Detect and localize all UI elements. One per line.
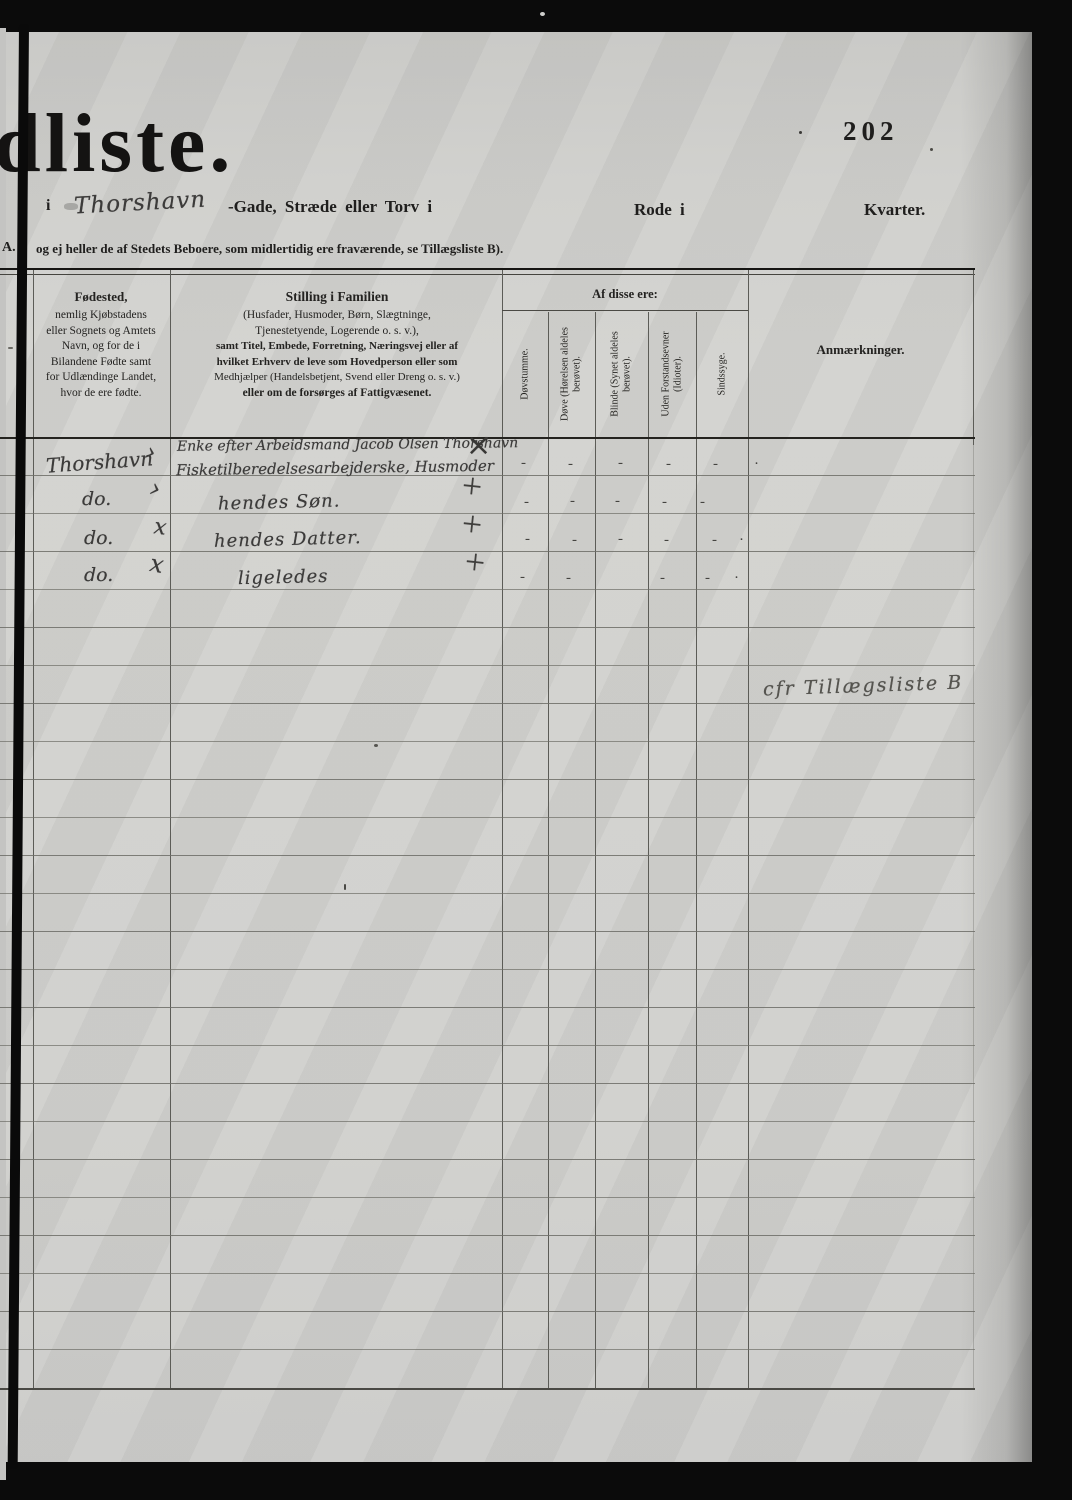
margin-letter: A. [2,240,16,256]
birthplace-header-line: Bilandene Fødte samt [36,355,166,371]
position-header-line: hvilket Erhverv de leve som Hovedperson … [174,355,500,371]
row-rule [0,741,975,742]
cell-dash: - [525,531,530,548]
position-header: Stilling i Familien (Husfader, Husmoder,… [174,289,500,401]
row-rule [0,1007,975,1008]
row-rule [0,513,975,514]
scanned-census-sheet: dliste. 202 i Thorshavn -Gade, Stræde el… [0,0,1072,1500]
row-rule [0,1045,975,1046]
birthplace-header-title: Fødested, [36,289,166,305]
col-rule [548,312,549,1388]
position-header-line: (Husfader, Husmoder, Børn, Slægtninge, [174,308,500,324]
table-top-rule [0,268,975,270]
kvarter-label: Kvarter. [864,200,925,220]
subtitle-note: og ej heller de af Stedets Beboere, som … [36,241,503,257]
col-rule [696,312,697,1388]
row-rule [0,779,975,780]
col-rule [595,312,596,1388]
row-rule [0,475,975,476]
scan-speck [799,131,802,134]
row-rule [0,931,975,932]
col-header-blinde: Blinde (Synet aldeles berøvet). [610,314,633,434]
row-rule [0,1197,975,1198]
scan-speck [344,884,346,890]
address-prefix: i [46,197,50,215]
cell-dot: . [755,452,759,469]
row-rule [0,1083,975,1084]
cell-dash: - [618,531,623,548]
cell-dash: - [662,494,667,511]
position-header-line: Tjenestetyende, Logerende o. s. v.), [174,324,500,340]
entry-birthplace: do. [84,564,113,586]
position-header-line: eller om de forsørges af Fattigvæsenet. [174,386,500,402]
row-rule [0,893,975,894]
cell-dash: - [524,494,529,511]
col-header-sindssyge: Sindssyge. [716,314,728,434]
table-bottom-rule [0,1388,975,1390]
position-header-line: samt Titel, Embede, Forretning, Næringsv… [174,339,500,355]
street-field-label: -Gade, Stræde eller Torv i [228,197,432,217]
row-rule [0,1235,975,1236]
group-header: Af disse ere: [502,287,748,302]
remarks-header: Anmærkninger. [748,342,973,358]
cell-dash: - [713,456,718,473]
col-rule [648,312,649,1388]
scan-speck [374,744,378,747]
birthplace-header-line: nemlig Kjøbstadens [36,308,166,324]
scan-speck [930,148,933,151]
cell-dash: - [618,455,623,472]
col-header-dove: Døve (Hørelsen aldeles berøvet). [560,314,583,434]
group-header-divider [502,310,748,311]
cell-dash: - [521,455,526,472]
birthplace-header: Fødested, nemlig Kjøbstadens eller Sogne… [36,289,166,401]
cell-dash: - [520,569,525,586]
entry-position: hendes Søn. [218,490,341,514]
cell-dash: - [570,493,575,510]
cell-dash: - [566,570,571,587]
tally-cross-mark: + [460,467,484,505]
cell-dash: - [712,532,717,549]
row-rule [0,855,975,856]
birthplace-header-line: Navn, og for de i [36,339,166,355]
tally-cross-mark: + [463,543,487,581]
entry-birthplace: do. [84,527,113,549]
birthplace-header-line: eller Sognets og Amtets [36,324,166,340]
row-rule [0,817,975,818]
col-header-uden-forstandsevner: Uden Forstandsevner (Idioter). [661,314,684,434]
cell-dash: - [615,493,620,510]
entry-birthplace: do. [82,488,111,510]
row-rule [0,703,975,704]
col-header-dovstumme: Døvstumme. [519,314,531,434]
scan-smudge [64,203,78,210]
table-top-rule-thin [0,274,975,275]
entry-position: ligeledes [238,566,329,589]
row-rule [0,589,975,590]
row-rule [0,551,975,552]
tally-cross-mark: + [460,505,484,543]
birthplace-header-line: for Udlændinge Landet, [36,370,166,386]
row-rule [0,1159,975,1160]
row-rule [0,1121,975,1122]
rode-label: Rode i [634,200,685,220]
row-rule [0,627,975,628]
cell-dash: - [568,456,573,473]
row-rule [0,1273,975,1274]
birthplace-header-line: hvor de ere fødte. [36,386,166,402]
row-rule [0,1311,975,1312]
page-title: dliste. [0,95,234,192]
entry-position: hendes Datter. [214,527,362,552]
table-right-rule [973,270,974,445]
cell-dash: - [660,570,665,587]
table-right-rule-faint [973,445,974,1388]
cell-dot: . [740,528,744,545]
scan-speck [540,12,545,16]
row-rule [0,665,975,666]
cell-dot: . [735,566,739,583]
cell-dash: - [572,532,577,549]
scan-speck [8,347,13,349]
position-header-line: Medhjælper (Handelsbetjent, Svend eller … [174,370,500,386]
cell-dash: - [700,494,705,511]
cell-dash: - [664,532,669,549]
page-number: 202 [843,116,899,147]
cell-dash: - [666,456,671,473]
row-rule [0,1349,975,1350]
row-rule [0,969,975,970]
position-header-title: Stilling i Familien [174,289,500,305]
cell-dash: - [705,570,710,587]
